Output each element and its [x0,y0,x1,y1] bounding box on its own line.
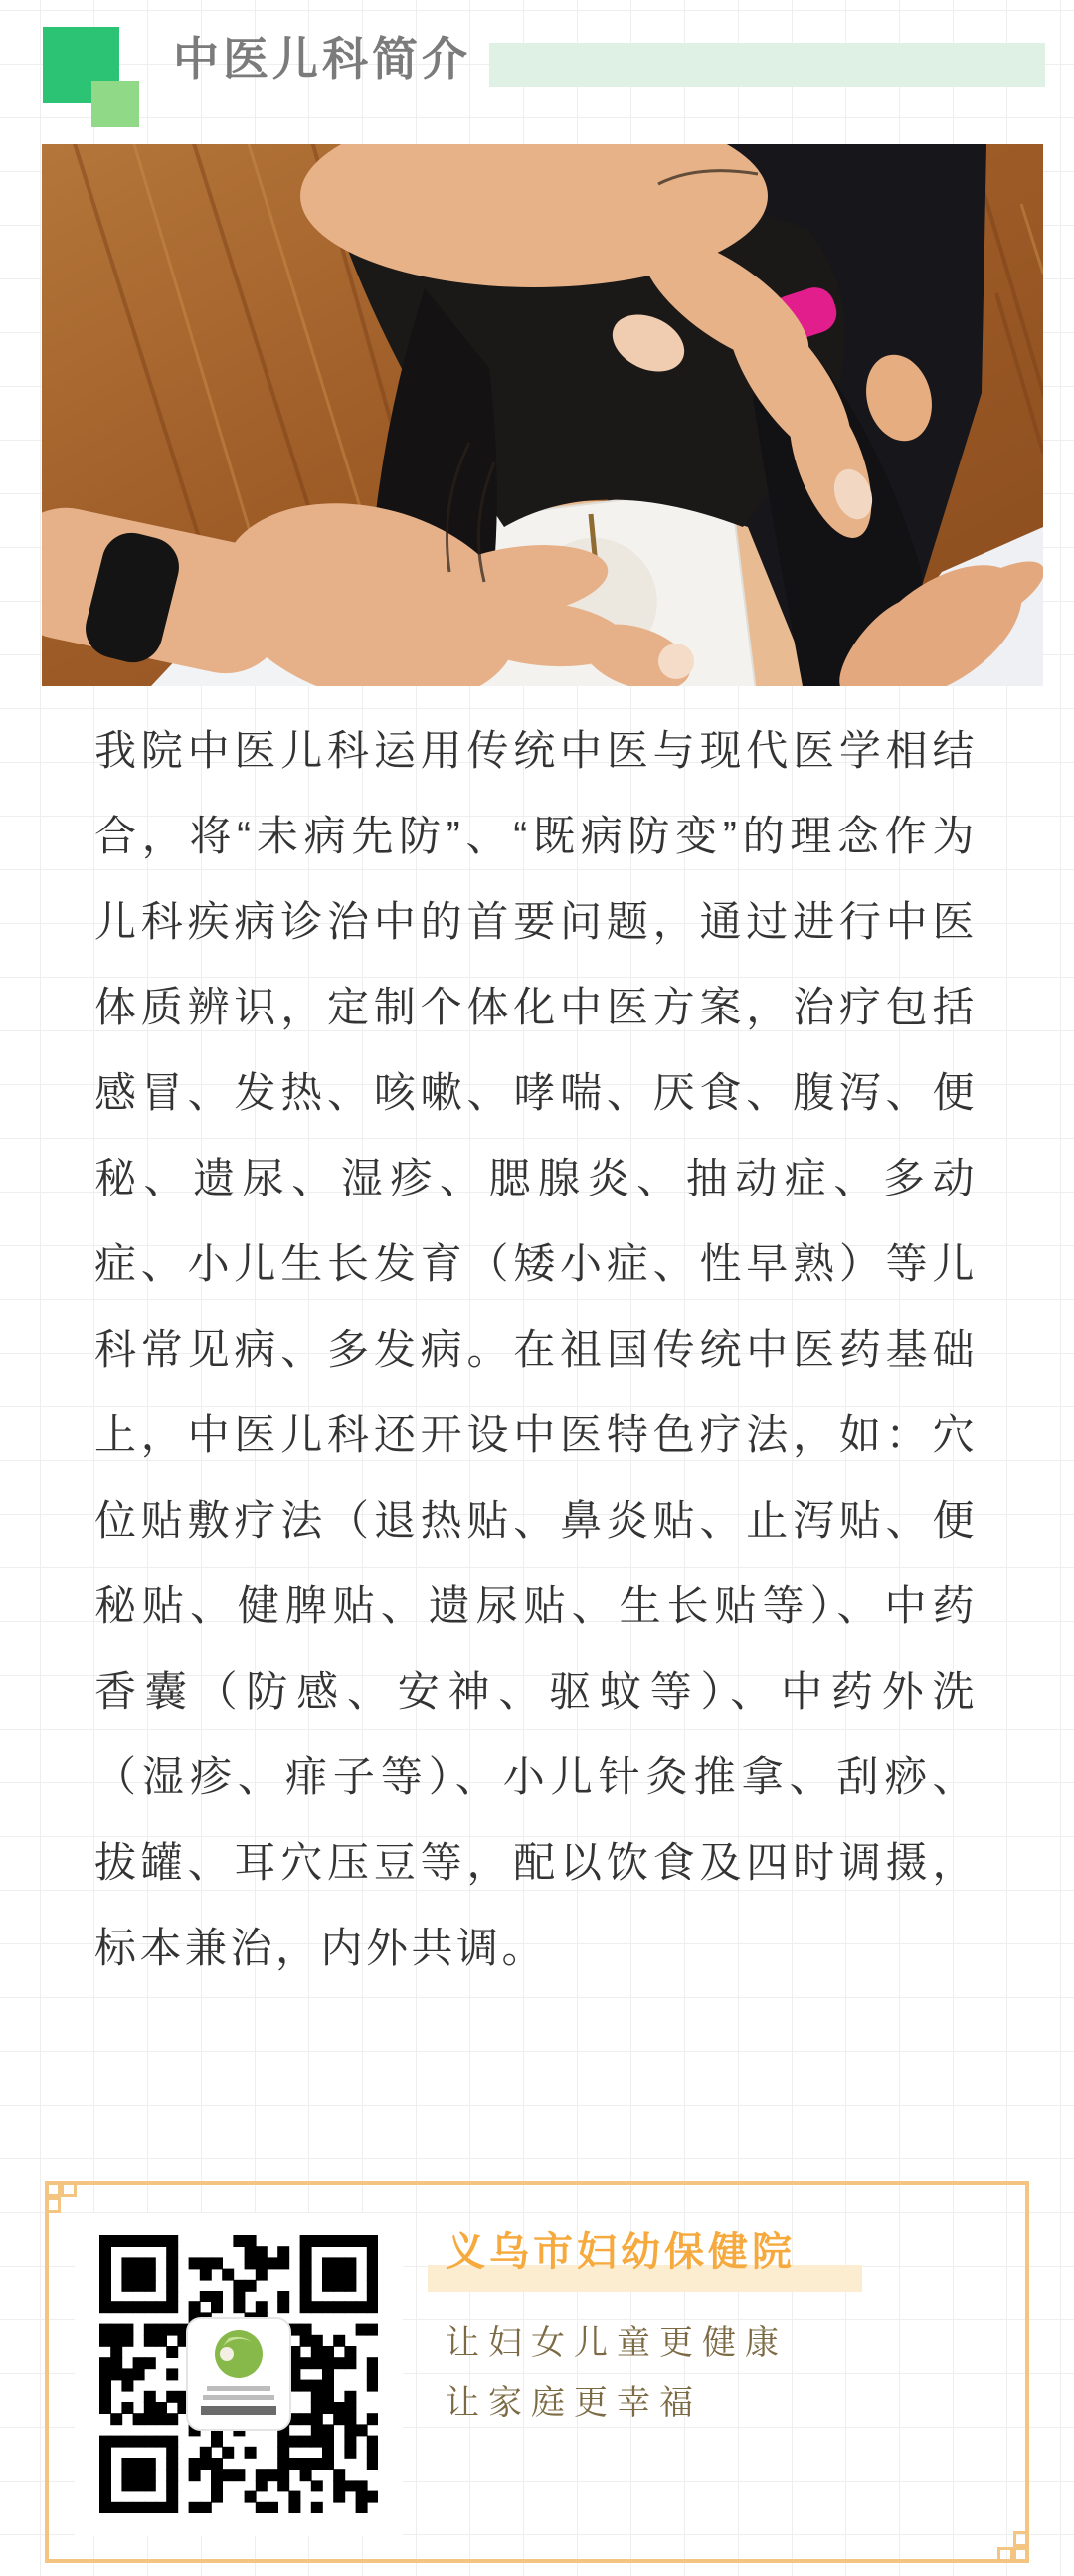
corner-decoration-square [1013,2547,1029,2563]
qr-center-logo [187,2318,290,2430]
header-accent-bar [489,43,1045,87]
section-title: 中医儿科简介 [173,31,471,87]
slogan-line-1: 让妇女儿童更健康 [446,2321,788,2365]
article-paragraph: 我院中医儿科运用传统中医与现代医学相结合，将“未病先防”、“既病防变”的理念作为… [94,708,978,1991]
corner-decoration-square [1013,2531,1029,2547]
corner-decoration-square [61,2181,77,2197]
hospital-name: 义乌市妇幼保健院 [446,2226,796,2278]
treatment-photo [42,144,1043,686]
treatment-photo-illustration [42,144,1043,686]
corner-decoration-square [45,2181,61,2197]
slogan-line-2: 让家庭更幸福 [446,2381,702,2425]
qr-code-image [99,2235,378,2513]
corner-decoration-square [997,2547,1013,2563]
wechat-article-page: 中医儿科简介 [0,0,1074,2576]
qr-panel [75,2213,403,2536]
qr-code [99,2235,378,2513]
corner-decoration-square [45,2197,61,2213]
header-accent-square-light [91,81,139,127]
